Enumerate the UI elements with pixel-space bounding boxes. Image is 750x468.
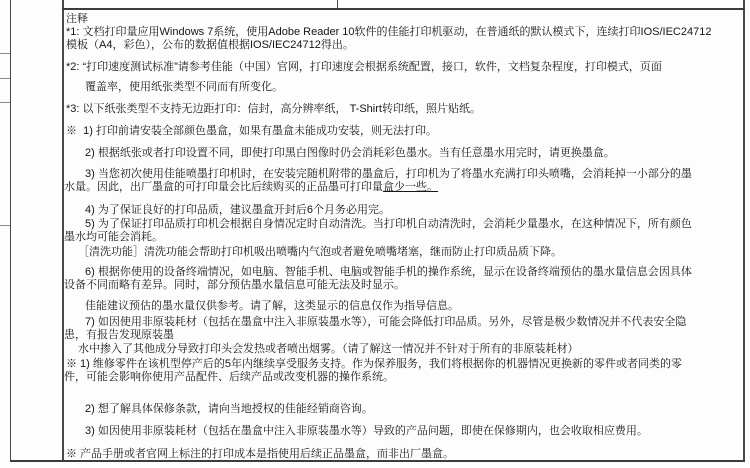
table-border-far-left (10, 0, 11, 462)
note-line: 件，可能会影响你使用产品配件、后续产品或改变机器的操作系统。 (64, 371, 394, 384)
table-border-top-row-divider (62, 8, 745, 10)
note-line: 2) 根据纸张或者打印设置不同，即使打印黑白图像时仍会消耗彩色墨水。当有任意墨水… (85, 147, 615, 160)
note-line: 水中掺入了其他成分导致打印头会发热或者喷出烟雾。（请了解这一情况并不针对于所有的… (78, 343, 579, 356)
note-text: 水量。因此，出厂墨盒的可打印量会比后续购买的正品墨可打印量 (64, 181, 383, 193)
note-line: 3) 如因使用非原装耗材（包括在墨盒中注入非原装墨水等）导致的产品问题，即使在保… (85, 425, 648, 438)
left-column-row-divider-tick (0, 78, 10, 79)
note-line: 7) 如因使用非原装耗材（包括在墨盒中注入非原装墨水等），可能会降低打印品质。另… (85, 316, 686, 329)
note-line: *1: 文档打印量应用Windows 7系统，使用Adobe Reader 10… (66, 26, 711, 39)
left-column-row-divider-tick (0, 102, 10, 103)
table-top-row-column-divider (337, 0, 338, 8)
document-page: 注释 *1: 文档打印量应用Windows 7系统，使用Adobe Reader… (0, 0, 750, 468)
note-line: *2: “打印速度测试标准”请参考佳能（中国）官网，打印速度会根据系统配置，接口… (66, 61, 662, 74)
note-line: ※ 1) 打印前请安装全部颜色墨盒，如果有墨盒未能成功安装，则无法打印。 (66, 125, 437, 138)
note-line: 水量。因此，出厂墨盒的可打印量会比后续购买的正品墨可打印量盒少一些。 (64, 181, 438, 194)
note-line: *3: 以下纸张类型不支持无边距打印：信封，高分辨率纸， T-Shirt转印纸，… (66, 103, 481, 116)
note-line: 2) 想了解具体保修条款，请向当地授权的佳能经销商咨询。 (85, 403, 373, 416)
note-line: 3) 当您初次使用佳能喷墨打印机时，在安装完随机附带的墨盒后，打印机为了将墨水充… (85, 168, 692, 181)
note-line: 设备不同而略有差异。同时，部分预估墨水量信息可能无法及时显示。 (64, 279, 405, 292)
left-column-row-divider-tick (0, 225, 10, 226)
note-line: ［清洗功能］清洗功能会帮助打印机吸出喷嘴内气泡或者避免喷嘴堵塞，继而防止打印质品… (78, 246, 562, 259)
note-line: 模板（A4，彩色），公布的数据值根据IOS/IEC24712得出。 (66, 39, 354, 52)
note-line: 5) 为了保证打印品质打印机会根据自身情况定时自动清洗。当打印机自动清洗时，会消… (85, 218, 692, 231)
section-title: 注释 (66, 13, 88, 26)
note-line: 墨水均可能会消耗。 (64, 231, 163, 244)
note-line: 4) 为了保证良好的打印品质，建议墨盒开封后6个月务必用完。 (85, 204, 390, 217)
table-border-right (743, 0, 745, 462)
left-column-row-divider-tick (0, 53, 10, 54)
note-line: 6) 根据你使用的设备终端情况，如电脑、智能手机、电脑或智能手机的操作系统，显示… (85, 266, 692, 279)
note-line: ※ 产品手册或者官网上标注的打印成本是指使用后续正品墨盒，而非出厂墨盒。 (66, 448, 454, 461)
note-line: 患，有报告发现原装墨 (64, 329, 174, 342)
note-line: ※ 1) 维修零件在该机型停产后的5年内继续享受服务支持。作为保养服务，我们将根… (66, 358, 682, 371)
note-line: 覆盖率，使用纸张类型不同而有所变化。 (85, 81, 283, 94)
note-text-underlined: 盒少一些。 (383, 181, 438, 193)
note-line: 佳能建议预估的墨水量仅供参考。请了解，这类显示的信息仅作为指导信息。 (85, 300, 459, 313)
